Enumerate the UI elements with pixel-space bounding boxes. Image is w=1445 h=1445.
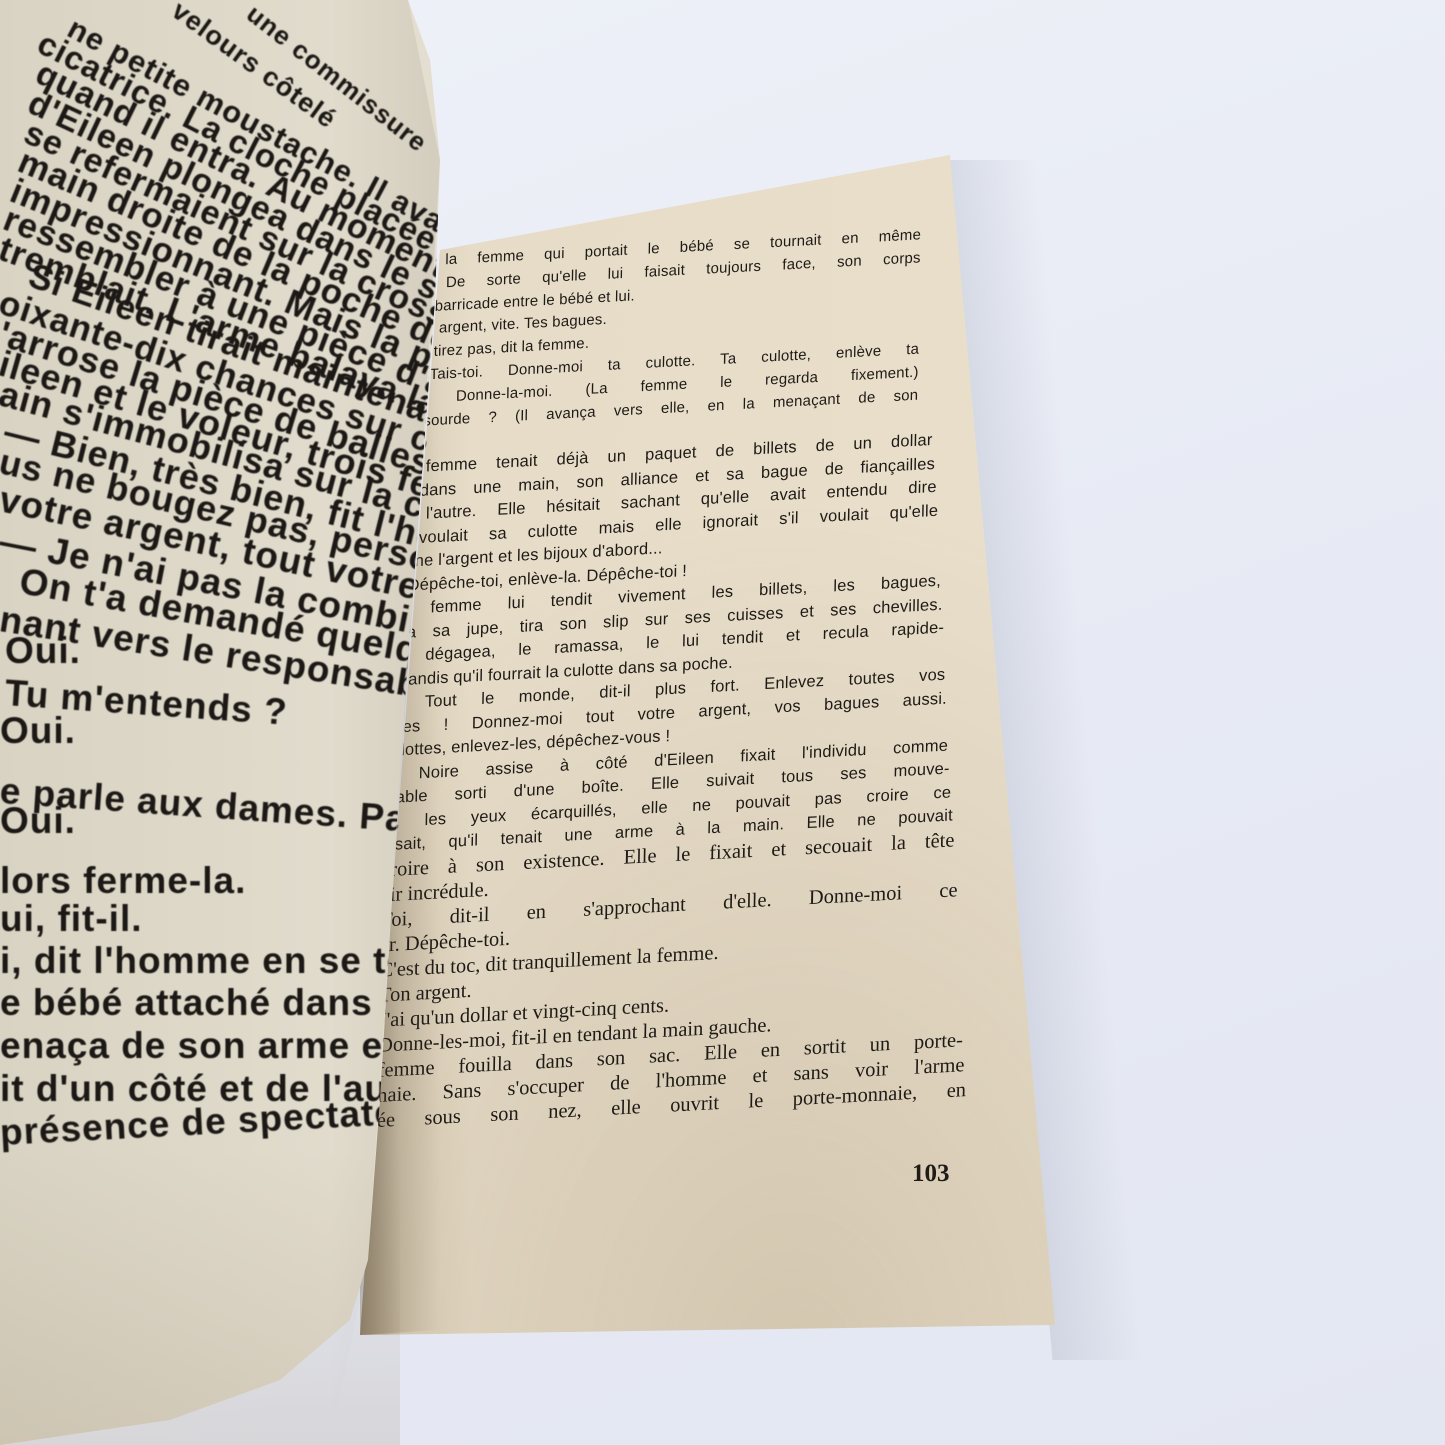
text-line: enaça de son arme et s'avança — [0, 1025, 440, 1067]
text-line: i, dit l'homme en se tournant — [0, 940, 440, 982]
text-line: ui, fit-il. — [0, 898, 143, 940]
text-line: lors ferme-la. — [0, 860, 246, 902]
page-number: 103 — [912, 1160, 950, 1188]
text-line: e bébé attaché dans son dos. — [0, 982, 440, 1024]
text-line: Oui. — [0, 800, 76, 842]
right-page-lower-block: croire à son existence. Elle le fixait e… — [377, 829, 941, 1134]
right-page-text: ents, la femme qui portait le bébé se to… — [377, 223, 952, 1134]
right-page-middle-block: La femme tenait déjà un paquet de billet… — [381, 428, 947, 858]
photo-scene: ents, la femme qui portait le bébé se to… — [0, 0, 1445, 1445]
text-line: Oui. — [0, 710, 76, 752]
text-line: Oui. — [5, 630, 81, 672]
right-page-upper-block: ents, la femme qui portait le bébé se to… — [388, 223, 951, 458]
